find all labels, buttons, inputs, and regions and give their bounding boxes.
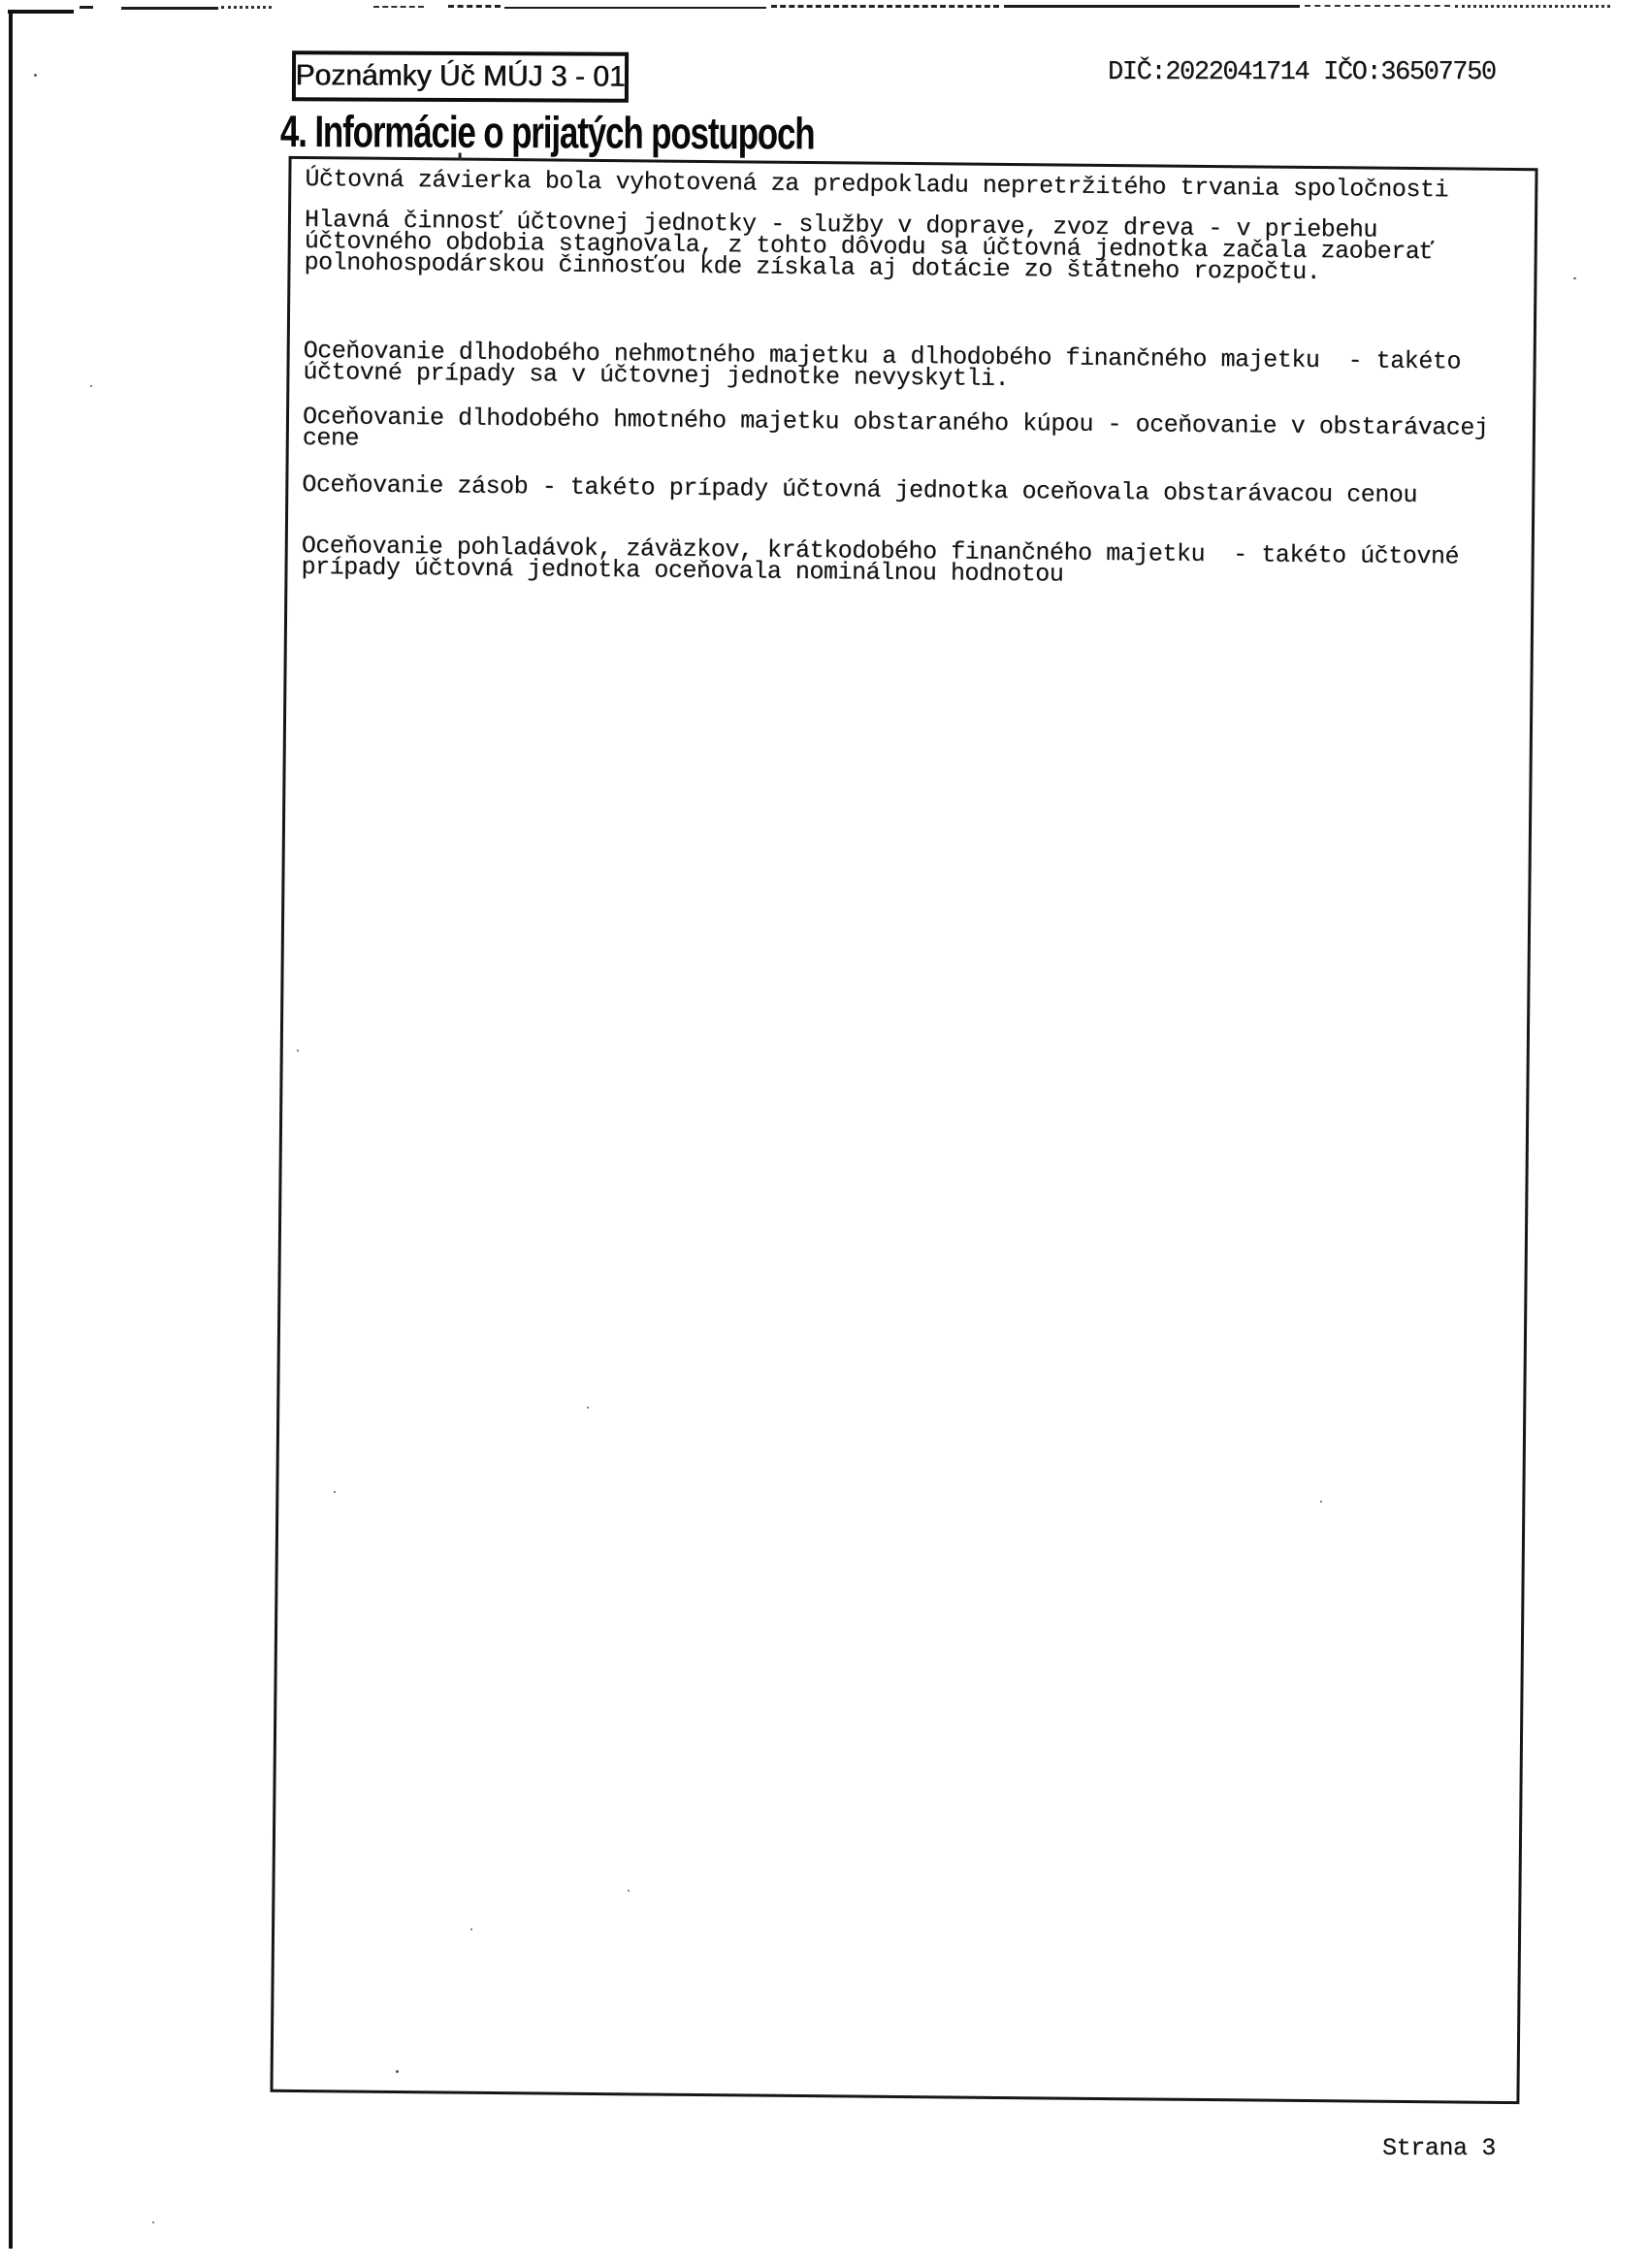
note-paragraph: Oceňovanie pohladávok, záväzkov, krátkod… <box>301 535 1517 590</box>
note-paragraph: Hlavná činnosť účtovnej jednotky - služb… <box>304 210 1521 285</box>
note-paragraph: Oceňovanie dlhodobého hmotného majetku o… <box>303 406 1519 461</box>
form-code-label: Poznámky Úč MÚJ 3 - 01 <box>295 59 625 93</box>
section-title: 4. Informácie o prijatých postupoch <box>280 105 815 160</box>
notes-box: Účtovná závierka bola vyhotovená za pred… <box>270 156 1537 2104</box>
note-paragraph: Oceňovanie zásob - takéto prípady účtovn… <box>302 474 1518 507</box>
note-paragraph: Účtovná závierka bola vyhotovená za pred… <box>305 169 1521 202</box>
note-paragraph: Oceňovanie dlhodobého nehmotného majetku… <box>303 340 1519 395</box>
scanned-document-page: { "header": { "form_label": "Poznámky Úč… <box>0 0 1649 2268</box>
page-number: Strana 3 <box>1382 2134 1496 2162</box>
scan-artifact-tick <box>459 153 462 161</box>
form-code-box: Poznámky Úč MÚJ 3 - 01 <box>292 50 629 103</box>
tax-ids-text: DIČ:2022041714 IČO:36507750 <box>1108 58 1496 87</box>
